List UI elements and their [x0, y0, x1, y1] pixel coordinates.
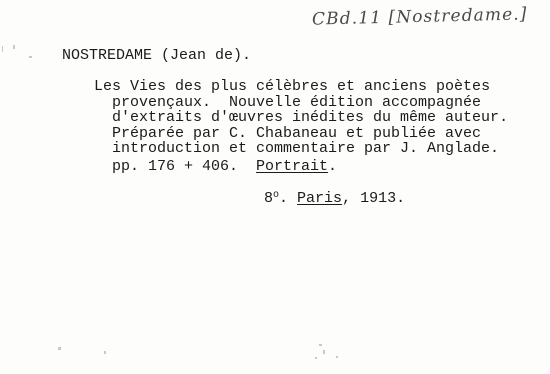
description-line: Préparée par C. Chabaneau et publiée ave…: [112, 126, 508, 142]
paper-speck: [29, 56, 32, 58]
paper-speck: [13, 45, 15, 49]
author-heading: NOSTREDAME (Jean de).: [62, 47, 251, 64]
collation-pagination: pp. 176 + 406.: [112, 158, 256, 175]
catalog-card: CBd.11 [Nostredame.] NOSTREDAME (Jean de…: [0, 0, 550, 374]
paper-speck: [315, 357, 317, 359]
imprint-place: Paris: [297, 190, 342, 207]
format-separator: .: [279, 190, 297, 207]
format-number: 8: [264, 190, 273, 207]
paper-speck: [323, 350, 325, 354]
paper-speck: [104, 351, 106, 354]
portrait-note: Portrait: [256, 158, 328, 175]
imprint-line: 8o. Paris, 1913.: [264, 190, 405, 207]
handwritten-shelfmark: CBd.11 [Nostredame.]: [312, 4, 528, 29]
description-block: Les Vies des plus célèbres et anciens po…: [94, 79, 508, 175]
description-line: d'extraits d'œuvres inédites du même aut…: [112, 110, 508, 126]
description-line: Les Vies des plus célèbres et anciens po…: [94, 79, 508, 95]
collation-line: pp. 176 + 406. Portrait.: [112, 159, 508, 175]
paper-speck: [58, 347, 61, 350]
paper-speck: [2, 46, 3, 52]
paper-speck: [319, 344, 322, 346]
paper-speck: [336, 356, 338, 358]
imprint-date: , 1913.: [342, 190, 405, 207]
description-line: provençaux. Nouvelle édition accompagnée: [112, 95, 508, 111]
collation-period: .: [328, 158, 337, 175]
description-line: introduction et commentaire par J. Angla…: [112, 141, 508, 157]
